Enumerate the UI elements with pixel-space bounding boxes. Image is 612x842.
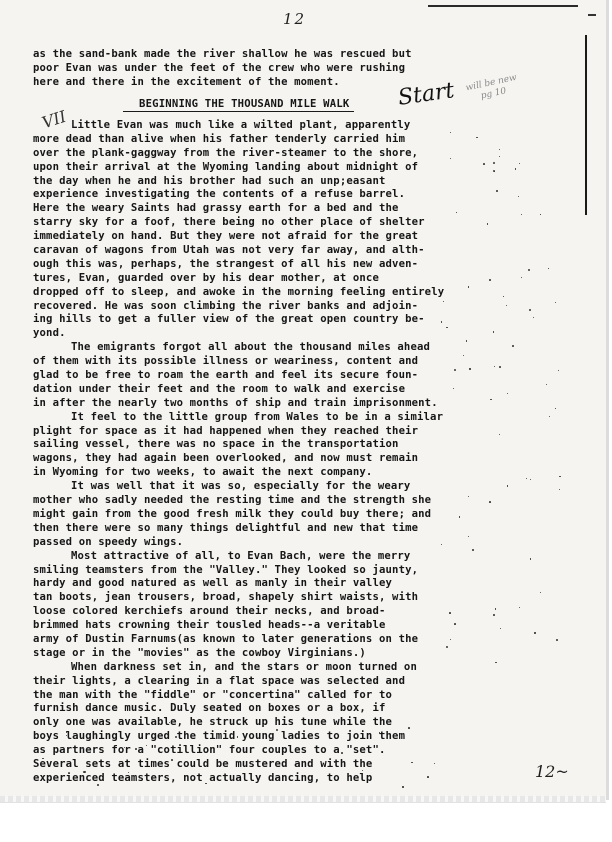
text-line: smiling teamsters from the "Valley." The… xyxy=(33,564,444,578)
text-line: the day when he and his brother had such… xyxy=(33,175,444,189)
scan-speck xyxy=(449,612,451,614)
scan-speck xyxy=(499,156,500,157)
text-line: When darkness set in, and the stars or m… xyxy=(33,661,444,675)
text-line: starry sky for a foof, there being no ot… xyxy=(33,216,444,230)
text-line: glad to be free to roam the earth and fe… xyxy=(33,369,444,383)
chapter-title: BEGINNING THE THOUSAND MILE WALK xyxy=(123,98,354,112)
text-line: sailing vessel, there was no space in th… xyxy=(33,438,444,452)
scan-speck xyxy=(483,163,485,165)
scan-speck xyxy=(546,384,547,385)
scan-speck xyxy=(487,223,489,225)
text-line: upon their arrival at the Wyoming landin… xyxy=(33,161,444,175)
text-line: boys laughingly urged the timid young la… xyxy=(33,730,444,744)
body-text: Little Evan was much like a wilted plant… xyxy=(33,119,444,786)
right-margin-line xyxy=(585,35,587,215)
scan-speck xyxy=(97,784,99,786)
scan-speck xyxy=(506,305,507,306)
text-line: loose colored kerchiefs around their nec… xyxy=(33,605,444,619)
text-line: plight for space as it had happened when… xyxy=(33,425,444,439)
scan-speck xyxy=(171,759,173,761)
scan-speck xyxy=(507,485,508,486)
scan-speck xyxy=(402,786,403,787)
scan-speck xyxy=(408,727,410,729)
text-line: passed on speedy wings. xyxy=(33,536,444,550)
text-line: more dead than alive when his father ten… xyxy=(33,133,444,147)
text-line: of them with its possible illness or wea… xyxy=(33,355,444,369)
text-line: as partners for a "cotillion" four coupl… xyxy=(33,744,444,758)
text-line: Most attractive of all, to Evan Bach, we… xyxy=(33,550,444,564)
scan-speck xyxy=(169,722,170,723)
scan-speck xyxy=(83,771,85,773)
text-line: their lights, a clearing in a flat space… xyxy=(33,675,444,689)
scan-speck xyxy=(559,489,560,490)
scan-speck xyxy=(493,614,495,616)
text-line: Several sets at times could be mustered … xyxy=(33,758,444,772)
scan-speck xyxy=(135,748,137,750)
top-edge-mark xyxy=(588,14,596,16)
text-line: yond. xyxy=(33,327,444,341)
scan-speck xyxy=(459,516,461,518)
text-line: mother who sadly needed the resting time… xyxy=(33,494,444,508)
text-line: stage or in the "movies" as the cowboy V… xyxy=(33,647,444,661)
text-line: experience investigating the contents of… xyxy=(33,188,444,202)
page-number-bottom: 12~ xyxy=(535,762,569,781)
text-line: might gain from the good fresh milk they… xyxy=(33,508,444,522)
scan-speck xyxy=(454,623,456,625)
text-line: then there were so many things delightfu… xyxy=(33,522,444,536)
text-line: tan boots, jean trousers, broad, shapely… xyxy=(33,591,444,605)
text-line: Here the weary Saints had grassy earth f… xyxy=(33,202,444,216)
scan-speck xyxy=(427,776,429,778)
scan-speck xyxy=(476,137,478,139)
text-line: experienced teamsters, not actually danc… xyxy=(33,772,444,786)
scan-speck xyxy=(493,331,494,332)
text-line: only one was available, he struck up his… xyxy=(33,716,444,730)
text-line: It was well that it was so, especially f… xyxy=(33,480,444,494)
scanned-page: 12 VII Start will be new pg 10 as the sa… xyxy=(0,0,612,842)
text-line: wagons, they had again been overlooked, … xyxy=(33,452,444,466)
text-line: brimmed hats crowning their tousled head… xyxy=(33,619,444,633)
scan-speck xyxy=(555,408,556,409)
scan-speck xyxy=(512,345,514,347)
text-line: as the sand-bank made the river shallow … xyxy=(33,48,412,62)
scan-speck xyxy=(276,729,278,731)
scan-speck xyxy=(446,646,448,648)
scan-speck xyxy=(529,309,531,311)
top-edge-rule xyxy=(428,5,578,7)
intro-paragraph: as the sand-bank made the river shallow … xyxy=(33,48,412,90)
text-line: tures, Evan, guarded over by his dear mo… xyxy=(33,272,444,286)
text-line: the man with the "fiddle" or "concertina… xyxy=(33,689,444,703)
text-line: in after the nearly two months of ship a… xyxy=(33,397,444,411)
scan-speck xyxy=(496,190,498,192)
text-line: immediately on hand. But they were not a… xyxy=(33,230,444,244)
scan-speck xyxy=(469,368,470,369)
text-line: hardy and good natured as well as manly … xyxy=(33,577,444,591)
perforated-edge xyxy=(0,796,606,803)
text-line: ough this was, perhaps, the strangest of… xyxy=(33,258,444,272)
scan-speck xyxy=(493,170,495,172)
text-line: poor Evan was under the feet of the crew… xyxy=(33,62,412,76)
scan-speck xyxy=(42,758,43,759)
text-line: here and there in the excitement of the … xyxy=(33,76,412,90)
text-line: army of Dustin Farnums(as known to later… xyxy=(33,633,444,647)
scan-speck xyxy=(446,327,447,328)
scan-speck xyxy=(548,268,549,269)
text-line: The emigrants forgot all about the thous… xyxy=(33,341,444,355)
text-line: dropped off to sleep, and awoke in the m… xyxy=(33,286,444,300)
text-line: over the plank-gaggway from the river-st… xyxy=(33,147,444,161)
scan-speck xyxy=(379,732,380,733)
scan-speck xyxy=(534,632,535,633)
text-line: It feel to the little group from Wales t… xyxy=(33,411,444,425)
text-line: caravan of wagons from Utah was not very… xyxy=(33,244,444,258)
scan-speck xyxy=(556,639,558,641)
text-line: dation under their feet and the room to … xyxy=(33,383,444,397)
scan-speck xyxy=(499,434,500,435)
scan-speck xyxy=(341,752,343,754)
text-line: Little Evan was much like a wilted plant… xyxy=(33,119,444,133)
scan-speck xyxy=(450,639,451,640)
scan-speck xyxy=(489,501,491,503)
text-line: in Wyoming for two weeks, to await the n… xyxy=(33,466,444,480)
text-line: furnish dance music. Duly seated on boxe… xyxy=(33,702,444,716)
page-number-top: 12 xyxy=(283,10,306,28)
text-line: recovered. He was soon climbing the rive… xyxy=(33,300,444,314)
text-line: ing hills to get a fuller view of the gr… xyxy=(33,313,444,327)
